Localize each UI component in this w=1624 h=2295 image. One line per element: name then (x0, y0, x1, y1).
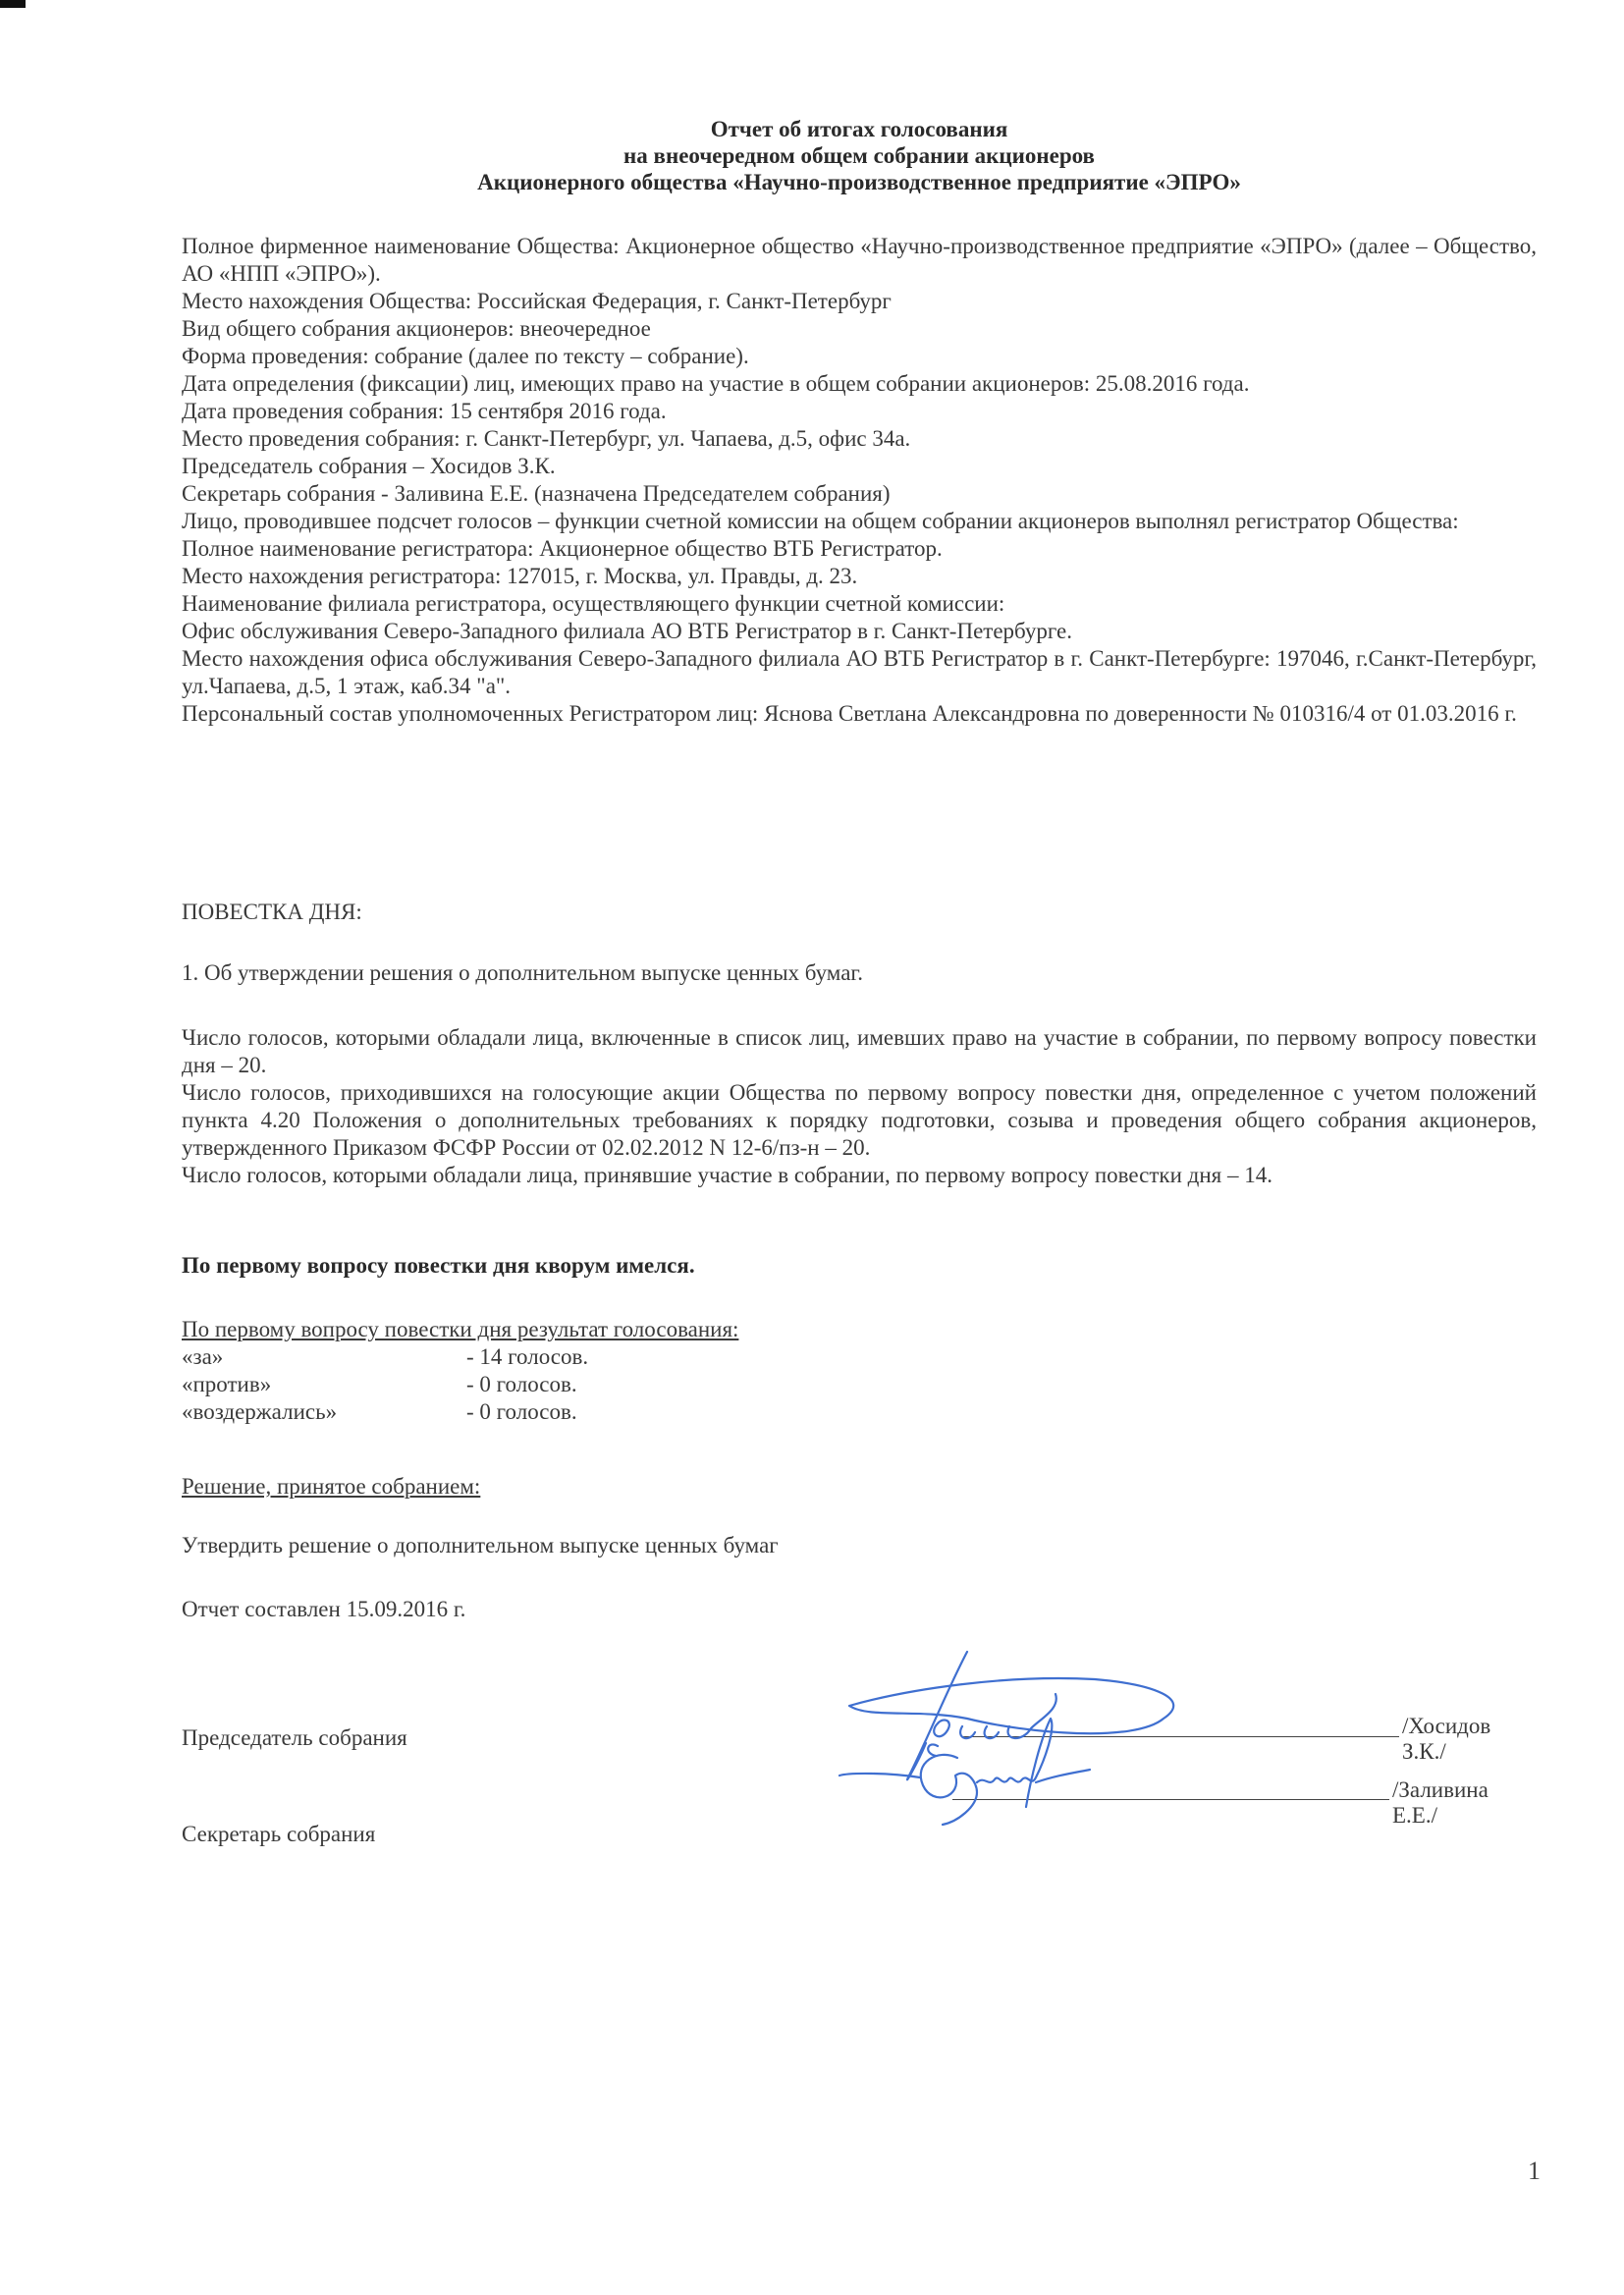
title-line: Отчет об итогах голосования (182, 116, 1537, 142)
votes-info: Число голосов, которыми обладали лица, в… (182, 1024, 1537, 1189)
result-value: - 14 голосов. (466, 1343, 588, 1371)
page-number: 1 (1528, 2157, 1541, 2186)
title-line: на внеочередном общем собрании акционеро… (182, 142, 1537, 169)
info-registrar-name: Полное наименование регистратора: Акцион… (182, 535, 1537, 563)
result-label: «воздержались» (182, 1398, 466, 1426)
result-label: «за» (182, 1343, 466, 1371)
result-label: «против» (182, 1371, 466, 1398)
info-record-date: Дата определения (фиксации) лиц, имеющих… (182, 370, 1537, 398)
decision-heading: Решение, принятое собранием: (182, 1473, 1537, 1501)
results-heading: По первому вопросу повестки дня результа… (182, 1316, 1537, 1343)
info-registrar-location: Место нахождения регистратора: 127015, г… (182, 563, 1537, 590)
votes-participated: Число голосов, которыми обладали лица, п… (182, 1162, 1537, 1189)
info-meeting-type: Вид общего собрания акционеров: внеочере… (182, 315, 1537, 343)
secretary-label: Секретарь собрания (182, 1822, 375, 1847)
result-row-against: «против» - 0 голосов. (182, 1371, 1537, 1398)
agenda-heading: ПОВЕСТКА ДНЯ: (182, 899, 1537, 926)
voting-results: По первому вопросу повестки дня результа… (182, 1316, 1537, 1426)
info-company-name: Полное фирменное наименование Общества: … (182, 233, 1537, 288)
result-value: - 0 голосов. (466, 1371, 577, 1398)
decision-text: Утвердить решение о дополнительном выпус… (182, 1532, 1537, 1559)
info-vote-counter: Лицо, проводившее подсчет голосов – функ… (182, 508, 1537, 535)
info-branch-name: Офис обслуживания Северо-Западного филиа… (182, 618, 1537, 645)
chairman-name: /Хосидов З.К./ (1402, 1714, 1537, 1765)
result-value: - 0 голосов. (466, 1398, 577, 1426)
info-authorized-persons: Персональный состав уполномоченных Регис… (182, 700, 1537, 728)
info-secretary: Секретарь собрания - Заливина Е.Е. (назн… (182, 480, 1537, 508)
info-chairman: Председатель собрания – Хосидов З.К. (182, 453, 1537, 480)
info-meeting-form: Форма проведения: собрание (далее по тек… (182, 343, 1537, 370)
info-company-location: Место нахождения Общества: Российская Фе… (182, 288, 1537, 315)
info-meeting-place: Место проведения собрания: г. Санкт-Пете… (182, 425, 1537, 453)
report-date: Отчет составлен 15.09.2016 г. (182, 1596, 1537, 1623)
result-row-abstained: «воздержались» - 0 голосов. (182, 1398, 1537, 1426)
document-title: Отчет об итогах голосования на внеочеред… (182, 116, 1537, 195)
info-branch-heading: Наименование филиала регистратора, осуще… (182, 590, 1537, 618)
info-meeting-date: Дата проведения собрания: 15 сентября 20… (182, 398, 1537, 425)
secretary-name: /Заливина Е.Е./ (1392, 1777, 1537, 1829)
chairman-label: Председатель собрания (182, 1725, 407, 1751)
title-line: Акционерного общества «Научно-производст… (182, 169, 1537, 195)
votes-shares: Число голосов, приходившихся на голосующ… (182, 1079, 1537, 1162)
meeting-info: Полное фирменное наименование Общества: … (182, 233, 1537, 728)
info-branch-location: Место нахождения офиса обслуживания Севе… (182, 645, 1537, 700)
quorum-statement: По первому вопросу повестки дня кворум и… (182, 1252, 1537, 1280)
result-row-for: «за» - 14 голосов. (182, 1343, 1537, 1371)
handwritten-signatures-icon (830, 1650, 1242, 1846)
agenda-item: 1. Об утверждении решения о дополнительн… (182, 959, 1537, 987)
votes-eligible: Число голосов, которыми обладали лица, в… (182, 1024, 1537, 1079)
scan-artifact (0, 0, 26, 8)
